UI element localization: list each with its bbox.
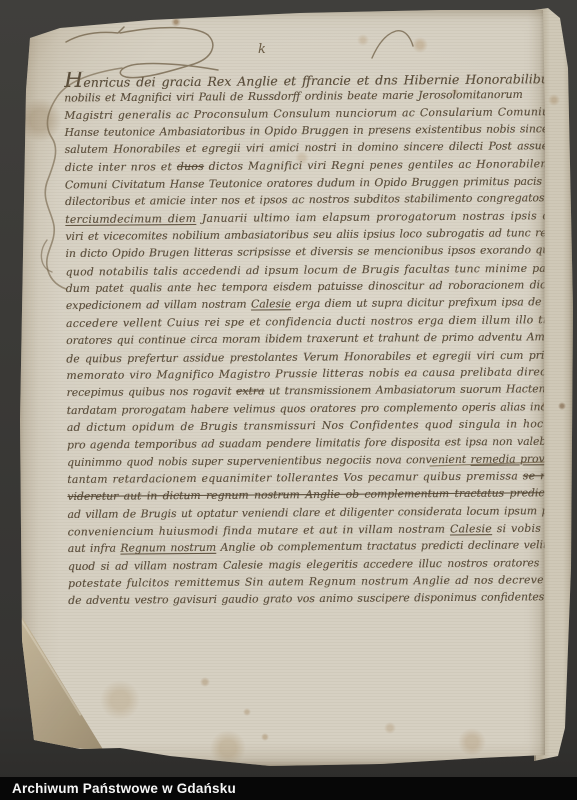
archive-caption-label: Archiwum Państwowe w Gdańsku [12, 781, 236, 796]
manuscript-text-segment: Hanse teutonice Ambasiatoribus in Opido … [64, 122, 550, 139]
photo-backdrop: k Henricus dei gracia Rex Anglie et ffra… [0, 0, 577, 800]
manuscript-text-segment: Comuni Civitatum Hanse Teutonice oratore… [65, 175, 542, 192]
manuscript-text-segment: quod notabilis talis accedendi ad ipsum … [66, 261, 551, 278]
manuscript-text-segment: extra [236, 385, 265, 398]
manuscript-text-segment: ad dictum opidum de Brugis transmissuri … [67, 416, 551, 434]
manuscript-text-segment: quod si ad villam nostram Calesie magis … [68, 556, 551, 573]
manuscript-text-segment: nobilis et Magnifici viri Pauli de Russd… [64, 88, 523, 105]
manuscript-text-segment: expedicionem ad villam nostram [66, 298, 251, 312]
manuscript-text-segment: Calesie [450, 522, 492, 535]
manuscript-text-segment: remedia providere [470, 452, 550, 466]
manuscript-text-segment: accedere vellent Cuius rei spe et confid… [66, 312, 550, 329]
archive-caption-bar: Archiwum Państwowe w Gdańsku [0, 777, 577, 800]
manuscript-text-segment: erga diem ut supra dicitur prefixum ipsa… [291, 295, 551, 310]
manuscript-text-segment: tantam retardacionem equanimiter tollera… [67, 469, 523, 486]
manuscript-text-segment: oratores qui continue circa moram ibidem… [66, 330, 550, 347]
manuscript-text-segment: in dicto Opido Brugen litteras scripsiss… [65, 243, 550, 260]
manuscript-text-segment: salutem Honorabiles et egregii viri amic… [65, 139, 551, 156]
manuscript-line: de adventu vestro gavisuri gaudio grato … [68, 589, 550, 610]
manuscript-text-segment: tardatam prorogatam habere velimus quos … [67, 400, 551, 417]
manuscript-text-segment: memorato viro Magnifico Magistro Prussie… [66, 365, 550, 382]
manuscript-text-segment: Calesie [251, 298, 291, 311]
manuscript-text-segment: ut transmissionem Ambasiatorum suorum Ha… [264, 382, 550, 397]
manuscript-text-segment: de quibus prefertur assidue prestolantes… [66, 348, 550, 365]
manuscript-text-segment: duos [177, 160, 204, 173]
manuscript-text-segment: recepimus quibus nos rogavit [66, 385, 236, 399]
manuscript-page: k Henricus dei gracia Rex Anglie et ffra… [14, 6, 548, 768]
folded-corner [14, 611, 110, 756]
manuscript-text-segment: si vobis optima videbitur [492, 521, 550, 535]
manuscript-text-segment: potestate fulcitos remittemus Sin autem … [68, 573, 550, 590]
manuscript-text-segment: videretur aut in dictum regnum nostrum A… [67, 486, 550, 503]
manuscript-text-segment: terciumdecimum diem [65, 212, 196, 226]
manuscript-text-segment: dictos Magnifici viri Regni penes gentil… [204, 156, 551, 172]
manuscript-text-segment: de adventu vestro gavisuri gaudio grato … [68, 591, 544, 608]
text-block: Henricus dei gracia Rex Anglie et ffranc… [64, 68, 550, 632]
manuscript-text-segment: dicte inter nros et [65, 160, 177, 174]
manuscript-text-segment: Regnum nostrum [120, 541, 216, 555]
manuscript-text-segment: dum patet qualis ante hec tempora eisdem… [66, 278, 551, 295]
manuscript-text-segment: dilectoribus et amicie inter nos et ipso… [65, 191, 550, 208]
manuscript-text-segment: aut infra [68, 542, 121, 555]
manuscript-text-segment: viri et vicecomites nobilium ambasiatori… [65, 226, 550, 243]
manuscript-text-segment: Magistri generalis ac Proconsulum Consul… [64, 104, 550, 121]
manuscript-text-segment: Anglie ob complementum tractatus predict… [216, 538, 550, 554]
folio-mark: k [258, 42, 266, 57]
manuscript-text-segment: Januarii ultimo iam elapsum prorogatorum… [196, 208, 550, 224]
manuscript-text-segment: quinimmo quod nobis super supervenientib… [67, 452, 471, 468]
manuscript-text-segment: pro agenda temporibus ad suadam pendere … [67, 435, 551, 452]
manuscript-text-segment: ad villam de Brugis ut optatur veniendi … [67, 504, 550, 521]
manuscript-text-segment: conveniencium huiusmodi finda mutare et … [68, 522, 450, 538]
